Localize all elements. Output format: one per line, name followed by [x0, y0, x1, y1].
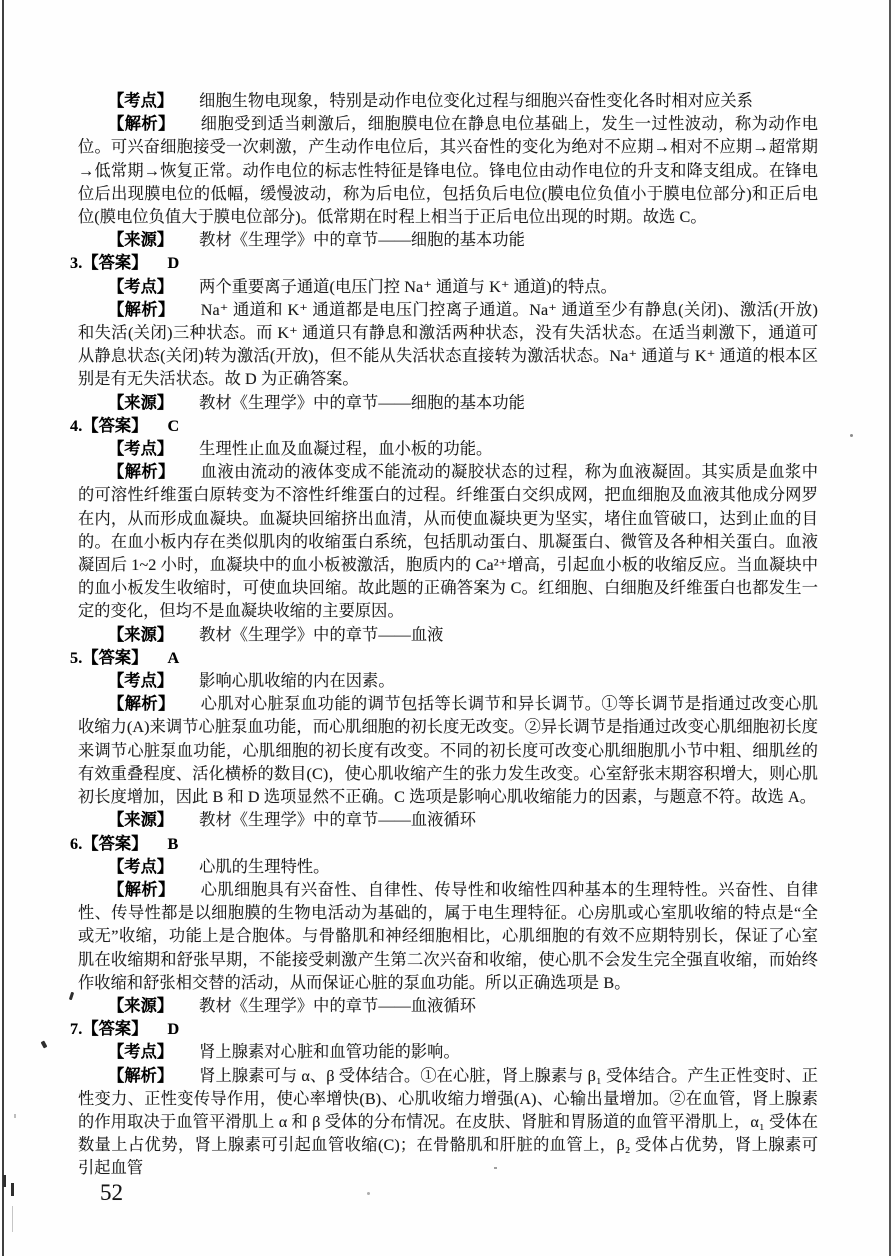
source-block: 【来源】教材《生理学》中的章节——血液	[70, 624, 818, 647]
block-text: 肾上腺素可与 α、β 受体结合。①在心脏，肾上腺素与 β₁ 受体结合。产生正性变…	[78, 1067, 818, 1178]
keypoint-block: 【考点】影响心肌收缩的内在因素。	[70, 670, 818, 693]
block-tag-label: 【来源】	[108, 811, 173, 829]
block-tag-label: 【考点】	[108, 278, 173, 296]
answer-number-label: 3.【答案】	[70, 254, 148, 272]
analysis-block: 【解析】血液由流动的液体变成不能流动的凝胶状态的过程，称为血液凝固。其实质是血浆…	[70, 461, 818, 623]
answer-heading: 5.【答案】A	[70, 647, 818, 670]
answer-number-label: 7.【答案】	[70, 1020, 148, 1038]
scan-speck	[12, 1206, 13, 1232]
block-text: 肾上腺素对心脏和血管功能的影响。	[199, 1043, 460, 1061]
answer-heading: 3.【答案】D	[70, 252, 818, 275]
scan-speck	[494, 1167, 497, 1169]
block-tag-label: 【解析】	[108, 881, 175, 899]
answers-list: 【考点】细胞生物电现象，特别是动作电位变化过程与细胞兴奋性变化各时相对应关系【解…	[70, 90, 818, 1181]
source-block: 【来源】教材《生理学》中的章节——细胞的基本功能	[70, 392, 818, 415]
scan-speck	[41, 1040, 48, 1048]
block-text: 细胞受到适当刺激后，细胞膜电位在静息电位基础上，发生一过性波动，称为动作电位。可…	[78, 115, 818, 226]
page-number: 52	[100, 1180, 123, 1206]
keypoint-block: 【考点】生理性止血及血凝过程，血小板的功能。	[70, 438, 818, 461]
keypoint-block: 【考点】肾上腺素对心脏和血管功能的影响。	[70, 1041, 818, 1064]
keypoint-block: 【考点】两个重要离子通道(电压门控 Na⁺ 通道与 K⁺ 通道)的特点。	[70, 276, 818, 299]
block-tag-label: 【考点】	[108, 858, 173, 876]
answer-heading: 7.【答案】D	[70, 1018, 818, 1041]
scan-speck	[850, 434, 853, 437]
answer-number-label: 4.【答案】	[70, 417, 148, 435]
block-tag-label: 【解析】	[108, 695, 175, 713]
block-tag-label: 【解析】	[108, 1067, 173, 1085]
block-text: 心肌细胞具有兴奋性、自律性、传导性和收缩性四种基本的生理特性。兴奋性、自律性、传…	[78, 881, 818, 992]
scan-border-left	[2, 0, 4, 1256]
block-text: 两个重要离子通道(电压门控 Na⁺ 通道与 K⁺ 通道)的特点。	[199, 278, 617, 296]
block-tag-label: 【来源】	[108, 394, 173, 412]
scan-speck	[11, 1183, 14, 1196]
block-tag-label: 【考点】	[108, 1043, 173, 1061]
block-text: 教材《生理学》中的章节——血液循环	[199, 811, 476, 829]
block-text: 教材《生理学》中的章节——细胞的基本功能	[199, 231, 525, 249]
answer-number-label: 6.【答案】	[70, 835, 148, 853]
analysis-block: 【解析】心肌细胞具有兴奋性、自律性、传导性和收缩性四种基本的生理特性。兴奋性、自…	[70, 879, 818, 995]
analysis-block: 【解析】肾上腺素可与 α、β 受体结合。①在心脏，肾上腺素与 β₁ 受体结合。产…	[70, 1065, 818, 1181]
answer-letter: C	[168, 417, 180, 435]
source-block: 【来源】教材《生理学》中的章节——血液循环	[70, 995, 818, 1018]
block-tag-label: 【来源】	[108, 997, 173, 1015]
block-text: 教材《生理学》中的章节——血液	[199, 626, 443, 644]
block-tag-label: 【来源】	[108, 626, 173, 644]
block-text: 影响心肌收缩的内在因素。	[199, 672, 394, 690]
answer-number-label: 5.【答案】	[70, 649, 148, 667]
block-tag-label: 【解析】	[108, 301, 175, 319]
answer-letter: A	[168, 649, 180, 667]
analysis-block: 【解析】Na⁺ 通道和 K⁺ 通道都是电压门控离子通道。Na⁺ 通道至少有静息(…	[70, 299, 818, 392]
analysis-block: 【解析】细胞受到适当刺激后，细胞膜电位在静息电位基础上，发生一过性波动，称为动作…	[70, 113, 818, 229]
block-text: Na⁺ 通道和 K⁺ 通道都是电压门控离子通道。Na⁺ 通道至少有静息(关闭)、…	[78, 301, 818, 389]
block-text: 心肌对心脏泵血功能的调节包括等长调节和异长调节。①等长调节是指通过改变心肌收缩力…	[78, 695, 818, 806]
answer-heading: 4.【答案】C	[70, 415, 818, 438]
block-tag-label: 【解析】	[108, 463, 175, 481]
block-text: 心肌的生理特性。	[199, 858, 329, 876]
source-block: 【来源】教材《生理学》中的章节——血液循环	[70, 809, 818, 832]
answer-letter: B	[168, 835, 179, 853]
block-tag-label: 【考点】	[108, 672, 173, 690]
scan-border-right	[889, 0, 891, 1256]
keypoint-block: 【考点】心肌的生理特性。	[70, 856, 818, 879]
source-block: 【来源】教材《生理学》中的章节——细胞的基本功能	[70, 229, 818, 252]
scan-speck	[14, 1114, 16, 1118]
block-text: 教材《生理学》中的章节——细胞的基本功能	[199, 394, 525, 412]
block-tag-label: 【来源】	[108, 231, 173, 249]
block-text: 细胞生物电现象，特别是动作电位变化过程与细胞兴奋性变化各时相对应关系	[199, 92, 753, 110]
answer-letter: D	[168, 1020, 180, 1038]
answer-heading: 6.【答案】B	[70, 833, 818, 856]
scan-speck	[367, 1192, 370, 1195]
block-text: 生理性止血及血凝过程，血小板的功能。	[199, 440, 492, 458]
answer-letter: D	[168, 254, 180, 272]
block-tag-label: 【考点】	[108, 92, 173, 110]
analysis-block: 【解析】心肌对心脏泵血功能的调节包括等长调节和异长调节。①等长调节是指通过改变心…	[70, 693, 818, 809]
block-tag-label: 【考点】	[108, 440, 173, 458]
block-text: 血液由流动的液体变成不能流动的凝胶状态的过程，称为血液凝固。其实质是血浆中的可溶…	[78, 463, 818, 620]
scan-speck	[3, 1175, 6, 1187]
block-text: 教材《生理学》中的章节——血液循环	[199, 997, 476, 1015]
keypoint-block: 【考点】细胞生物电现象，特别是动作电位变化过程与细胞兴奋性变化各时相对应关系	[70, 90, 818, 113]
block-tag-label: 【解析】	[108, 115, 175, 133]
